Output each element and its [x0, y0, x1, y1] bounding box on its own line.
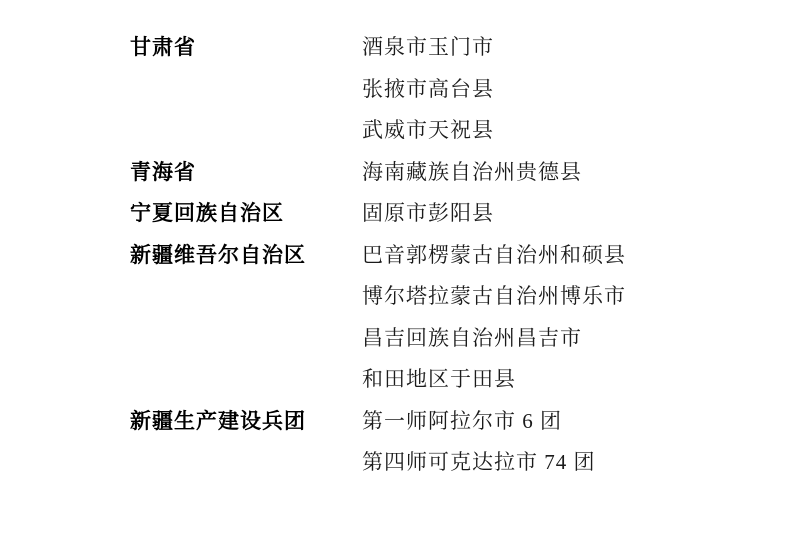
province-cell-empty — [130, 318, 362, 360]
province-label-xinjiang: 新疆维吾尔自治区 — [130, 235, 362, 277]
location-item: 海南藏族自治州贵德县 — [362, 152, 626, 194]
province-label-bingtuan: 新疆生产建设兵团 — [130, 401, 362, 443]
province-cell-empty — [130, 442, 362, 484]
location-item: 第四师可克达拉市 74 团 — [362, 442, 626, 484]
location-item: 和田地区于田县 — [362, 359, 626, 401]
province-cell-empty — [130, 276, 362, 318]
province-label-gansu: 甘肃省 — [130, 27, 362, 69]
province-label-ningxia: 宁夏回族自治区 — [130, 193, 362, 235]
location-item: 酒泉市玉门市 — [362, 27, 626, 69]
province-label-qinghai: 青海省 — [130, 152, 362, 194]
region-table: 甘肃省 酒泉市玉门市 张掖市高台县 武威市天祝县 青海省 海南藏族自治州贵德县 … — [130, 27, 626, 484]
document-page: 甘肃省 酒泉市玉门市 张掖市高台县 武威市天祝县 青海省 海南藏族自治州贵德县 … — [0, 0, 811, 533]
location-item: 第一师阿拉尔市 6 团 — [362, 401, 626, 443]
location-item: 张掖市高台县 — [362, 69, 626, 111]
location-item: 昌吉回族自治州昌吉市 — [362, 318, 626, 360]
province-cell-empty — [130, 110, 362, 152]
location-item: 巴音郭楞蒙古自治州和硕县 — [362, 235, 626, 277]
location-item: 武威市天祝县 — [362, 110, 626, 152]
location-item: 博尔塔拉蒙古自治州博乐市 — [362, 276, 626, 318]
province-cell-empty — [130, 69, 362, 111]
location-item: 固原市彭阳县 — [362, 193, 626, 235]
province-cell-empty — [130, 359, 362, 401]
